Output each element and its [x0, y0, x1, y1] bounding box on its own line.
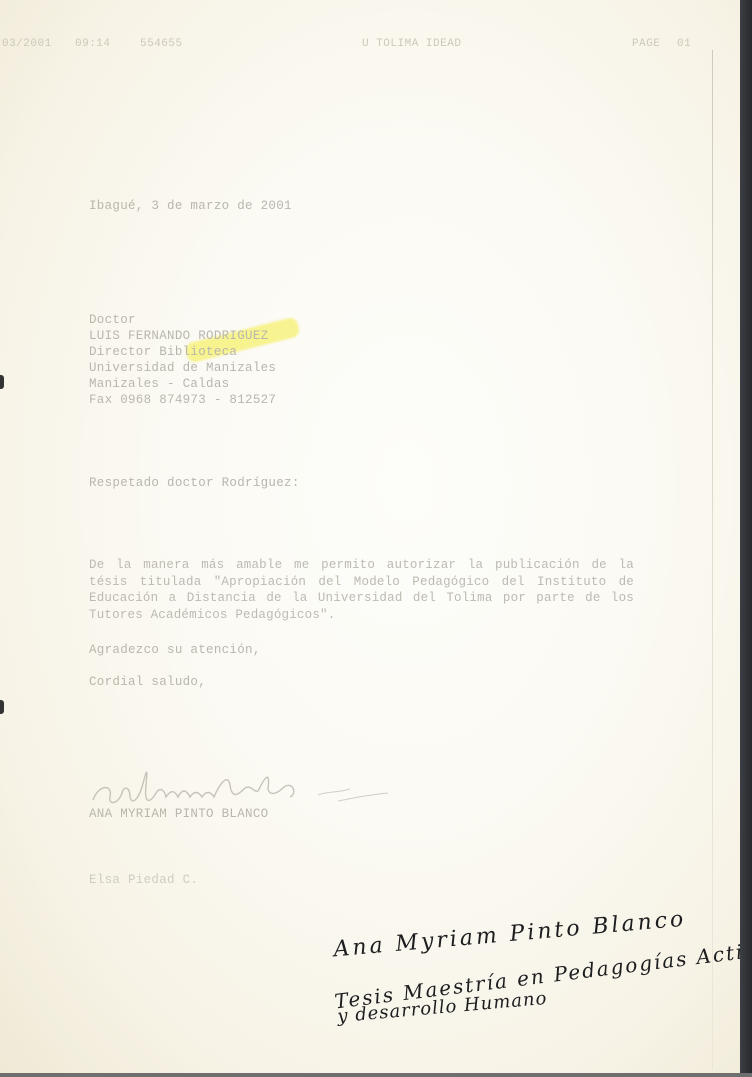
letter-place-date: Ibagué, 3 de marzo de 2001	[89, 198, 292, 214]
recipient-position: Director Biblioteca	[89, 344, 237, 360]
letter-thanks: Agradezco su atención,	[89, 642, 261, 658]
signatory-name: ANA MYRIAM PINTO BLANCO	[89, 806, 268, 822]
recipient-institution: Universidad de Manizales	[89, 360, 276, 376]
punch-hole-mark	[0, 700, 4, 714]
recipient-name: LUIS FERNANDO RODRIGUEZ	[89, 328, 268, 344]
paper-fold-line	[712, 50, 713, 1070]
scanner-edge-right	[740, 0, 752, 1077]
scanner-edge-bottom	[0, 1073, 752, 1077]
fax-header-page-number: 01	[677, 38, 691, 50]
punch-hole-mark	[0, 375, 4, 389]
recipient-title: Doctor	[89, 312, 136, 328]
letter-greeting: Respetado doctor Rodríguez:	[89, 475, 300, 491]
fax-header-time: 09:14	[75, 38, 111, 50]
recipient-fax: Fax 0968 874973 - 812527	[89, 392, 276, 408]
letter-closing: Cordial saludo,	[89, 674, 206, 690]
fax-header-page-label: PAGE	[632, 38, 660, 50]
fax-header-date: 03/2001	[2, 38, 52, 50]
fax-header-number: 554655	[140, 38, 183, 50]
typist-initials: Elsa Piedad C.	[89, 872, 198, 888]
scanned-letter-page: 03/2001 09:14 554655 U TOLIMA IDEAD PAGE…	[0, 0, 740, 1073]
recipient-city: Manizales - Caldas	[89, 376, 229, 392]
letter-body: De la manera más amable me permito autor…	[89, 557, 634, 623]
fax-header-sender: U TOLIMA IDEAD	[362, 38, 461, 50]
